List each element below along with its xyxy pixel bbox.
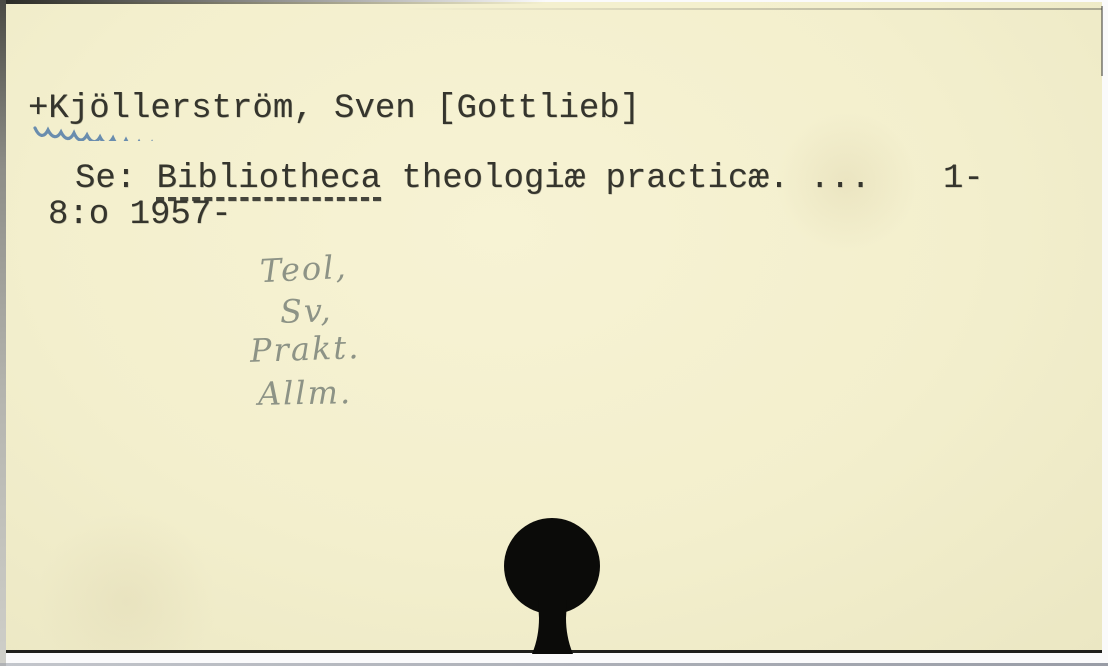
reference-prefix: Se: [75, 160, 157, 198]
handwritten-note: Prakt. [249, 330, 360, 368]
reference-title-underlined: Bibliotheca [157, 160, 381, 198]
card-top-edge-faint [400, 8, 1102, 10]
wavy-underline [32, 121, 298, 141]
reference-line: Se: Bibliotheca theologiæ practicæ. ... [75, 162, 871, 196]
card-top-edge [6, 0, 546, 4]
catalog-card-scan: { "document_type": "library-catalog-card… [0, 0, 1108, 666]
handwritten-note: Allm. [258, 375, 353, 411]
card-left-edge [0, 0, 6, 666]
handwritten-note: Teol, [259, 250, 348, 289]
format-and-year: 8:o 1957- [48, 198, 232, 232]
volume-designation: 1- [943, 162, 984, 196]
reference-title-rest: theologiæ practicæ. ... [381, 160, 871, 198]
handwritten-note: Sv, [279, 293, 333, 329]
card-right-edge [1101, 6, 1103, 76]
hole-punch [482, 468, 624, 654]
